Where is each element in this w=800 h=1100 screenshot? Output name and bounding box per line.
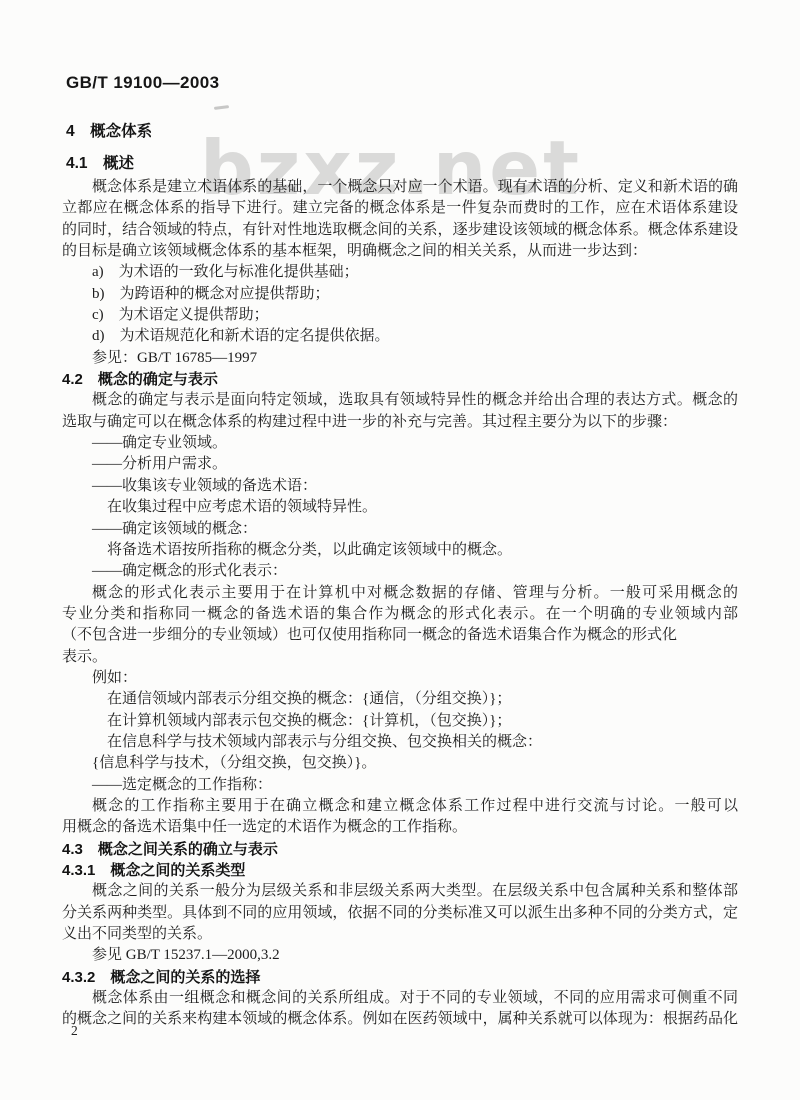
- example-line: {信息科学与技术，（分组交换，包交换）}。: [62, 753, 738, 774]
- section-heading-4-2: 4.2 概念的确定与表示: [62, 369, 738, 390]
- text-line: 的同时，结合领域的特点，有针对性地选取概念间的关系，逐步建设该领域的概念体系。概…: [62, 220, 738, 241]
- scan-artifact: [214, 105, 229, 110]
- list-item-a: a) 为术语的一致化与标准化提供基础；: [62, 262, 738, 283]
- text-line: 用概念的备选术语集中任一选定的术语作为概念的工作指称。: [62, 817, 738, 838]
- section-heading-4-3-2: 4.3.2 概念之间的关系的选择: [62, 967, 738, 988]
- example-line: 在通信领域内部表示分组交换的概念：{通信，（分组交换）}；: [62, 689, 738, 710]
- text-line: 在收集过程中应考虑术语的领域特异性。: [62, 497, 738, 518]
- text-line: 的目标是确立该领域概念体系的基本框架，明确概念之间的相关关系，从而进一步达到：: [62, 241, 738, 262]
- text-line: 概念之间的关系一般分为层级关系和非层级关系两大类型。在层级关系中包含属种关系和整…: [62, 881, 738, 902]
- text-line: 例如：: [62, 668, 738, 689]
- text-line: 概念体系由一组概念和概念间的关系所组成。对于不同的专业领域，不同的应用需求可侧重…: [62, 988, 738, 1009]
- text-line: 选取与确定可以在概念体系的构建过程中进一步的补充与完善。其过程主要分为以下的步骤…: [62, 412, 738, 433]
- dash-item: ——确定专业领域。: [62, 433, 738, 454]
- list-item-c: c) 为术语定义提供帮助；: [62, 305, 738, 326]
- text-line: 概念的形式化表示主要用于在计算机中对概念数据的存储、管理与分析。一般可采用概念的: [62, 583, 738, 604]
- dash-item: ——收集该专业领域的备选术语：: [62, 476, 738, 497]
- text-line: 立都应在概念体系的指导下进行。建立完备的概念体系是一件复杂而费时的工作，应在术语…: [62, 198, 738, 219]
- chapter-heading: 4 概念体系: [66, 119, 152, 141]
- document-page: bzxz.net GB/T 19100—2003 4 概念体系 4.1 概述 概…: [0, 0, 800, 1100]
- list-item-d: d) 为术语规范化和新术语的定名提供依据。: [62, 326, 738, 347]
- text-line: 义出不同类型的关系。: [62, 924, 738, 945]
- section-heading-4-3-1: 4.3.1 概念之间的关系类型: [62, 860, 738, 881]
- page-number: 2: [71, 1023, 78, 1039]
- text-line: （不包含进一步细分的专业领域）也可仅使用指称同一概念的备选术语集合作为概念的形式…: [62, 625, 738, 646]
- text-line: 概念的确定与表示是面向特定领域，选取具有领域特异性的概念并给出合理的表达方式。概…: [62, 390, 738, 411]
- text-line: 专业分类和指称同一概念的备选术语的集合作为概念的形式化表示。在一个明确的专业领域…: [62, 604, 738, 625]
- section-heading-4-1: 4.1 概述: [66, 151, 134, 173]
- example-line: 在信息科学与技术领域内部表示与分组交换、包交换相关的概念：: [62, 732, 738, 753]
- text-line: 分关系两种类型。具体到不同的应用领域，依据不同的分类标准又可以派生出多种不同的分…: [62, 903, 738, 924]
- text-line: 概念体系是建立术语体系的基础，一个概念只对应一个术语。现有术语的分析、定义和新术…: [62, 177, 738, 198]
- text-line: 将备选术语按所指称的概念分类，以此确定该领域中的概念。: [62, 540, 738, 561]
- dash-item: ——确定该领域的概念：: [62, 519, 738, 540]
- text-line: 概念的工作指称主要用于在确立概念和建立概念体系工作过程中进行交流与讨论。一般可以: [62, 796, 738, 817]
- reference: 参见 GB/T 15237.1—2000,3.2: [62, 945, 738, 966]
- body-text: 概念体系是建立术语体系的基础，一个概念只对应一个术语。现有术语的分析、定义和新术…: [62, 177, 738, 1031]
- text-line: 的概念之间的关系来构建本领域的概念体系。例如在医药领域中，属种关系就可以体现为：…: [62, 1009, 738, 1030]
- reference: 参见：GB/T 16785—1997: [62, 348, 738, 369]
- section-heading-4-3: 4.3 概念之间关系的确立与表示: [62, 839, 738, 860]
- example-line: 在计算机领域内部表示包交换的概念：{计算机，（包交换）}；: [62, 711, 738, 732]
- text-line: 表示。: [62, 647, 738, 668]
- list-item-b: b) 为跨语种的概念对应提供帮助；: [62, 284, 738, 305]
- dash-item: ——选定概念的工作指称：: [62, 775, 738, 796]
- dash-item: ——确定概念的形式化表示：: [62, 561, 738, 582]
- standard-number: GB/T 19100—2003: [66, 73, 219, 93]
- dash-item: ——分析用户需求。: [62, 454, 738, 475]
